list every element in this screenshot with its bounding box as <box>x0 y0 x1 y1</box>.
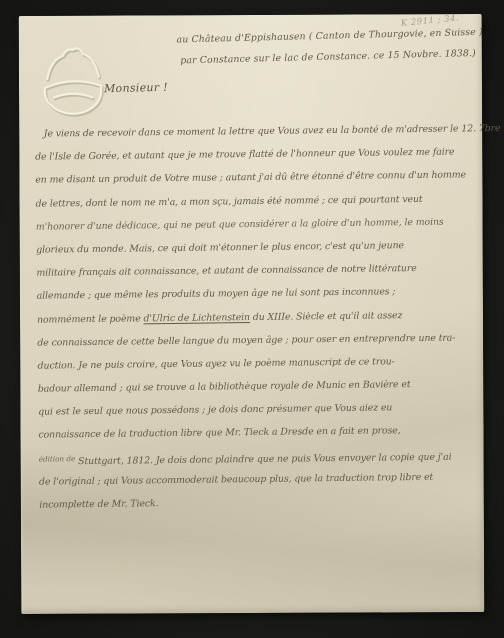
letter-heading: au Château d'Eppishausen ( Canton de Tho… <box>176 22 479 72</box>
body-line-text: du XIIIe. Siècle et qu'il ait assez <box>250 310 402 323</box>
scan-background: K 2911 ; 34. au Château d'Eppishausen ( … <box>0 0 504 638</box>
letter-body: Je viens de recevoir dans ce moment la l… <box>35 117 476 516</box>
interlinear-insertion: édition de <box>39 454 76 463</box>
underlined-title: d'Ulric de Lichtenstein <box>143 312 250 324</box>
body-line: incomplette de Mr. Tieck. <box>39 488 475 517</box>
letter-page: K 2911 ; 34. au Château d'Eppishausen ( … <box>19 14 485 614</box>
body-line-text: nommément le poème <box>37 313 144 325</box>
body-line-text: Stuttgart, 1812. Je dois donc plaindre q… <box>75 451 451 467</box>
salutation: Monsieur ! <box>104 81 168 95</box>
